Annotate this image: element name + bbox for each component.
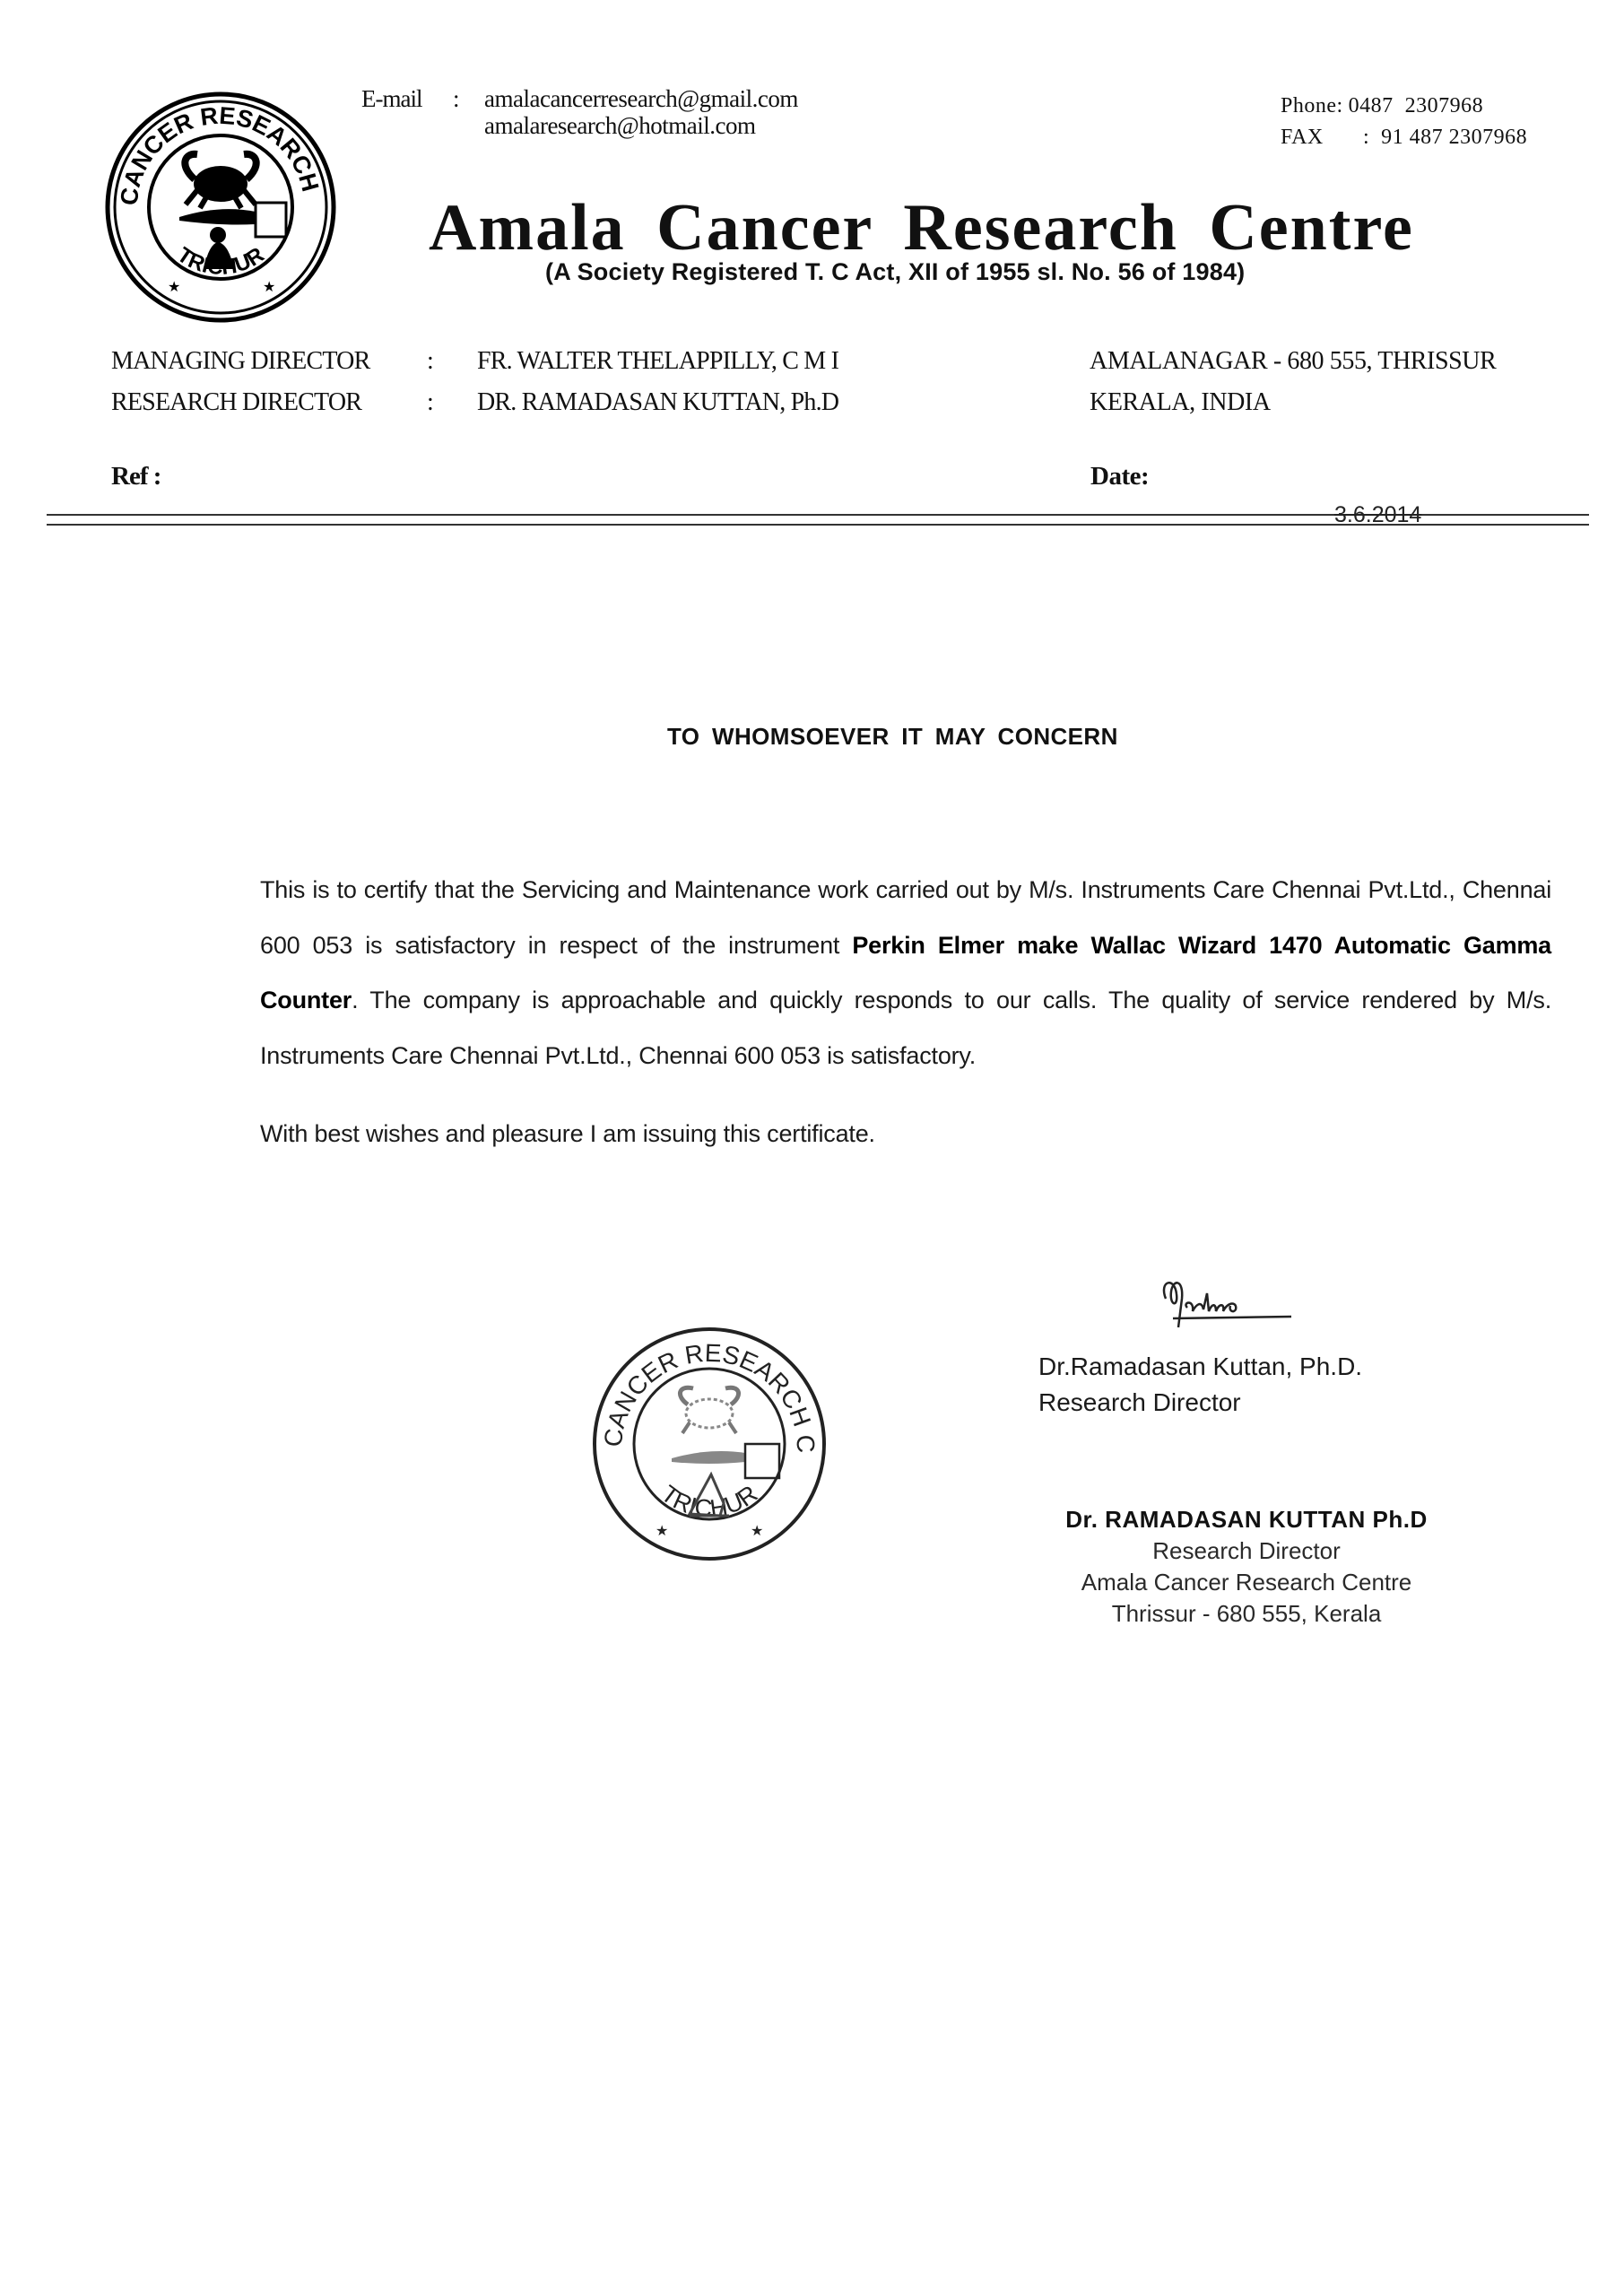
closing-line: With best wishes and pleasure I am issui… [260,1120,875,1148]
official-stamp-block: Dr. RAMADASAN KUTTAN Ph.D Research Direc… [1031,1504,1462,1630]
signatory-block: Dr.Ramadasan Kuttan, Ph.D. Research Dire… [1038,1349,1362,1421]
fax-number: : 91 487 2307968 [1363,126,1527,149]
date-label: Date: [1090,462,1149,491]
officer-role: RESEARCH DIRECTOR [111,382,427,423]
email-colon: : [453,85,460,113]
phone-number: 0487 2307968 [1349,94,1484,117]
letter-heading: TO WHOMSOEVER IT MAY CONCERN [667,723,1118,751]
email-address-secondary[interactable]: amalaresearch@hotmail.com [484,112,798,139]
signatory-name: Dr.Ramadasan Kuttan, Ph.D. [1038,1349,1362,1385]
contact-block: Phone:0487 2307968 FAX: 91 487 2307968 [1281,91,1527,153]
svg-text:★: ★ [168,280,180,295]
officer-role: MANAGING DIRECTOR [111,341,427,382]
email-label: E-mail [361,85,421,113]
organization-registration: (A Society Registered T. C Act, XII of 1… [545,258,1245,286]
address-line: KERALA, INDIA [1090,382,1496,423]
address-block: AMALANAGAR - 680 555, THRISSUR KERALA, I… [1090,341,1496,423]
signatory-title: Research Director [1038,1385,1362,1421]
officer-row: RESEARCH DIRECTOR:DR. RAMADASAN KUTTAN, … [111,382,838,423]
round-stamp-seal-icon: AMALA CANCER RESEARCH CENTRE TRICHUR ★ ★ [589,1324,829,1564]
svg-text:★: ★ [656,1524,668,1539]
officer-row: MANAGING DIRECTOR:FR. WALTER THELAPPILLY… [111,341,838,382]
certification-paragraph: This is to certify that the Servicing an… [260,863,1551,1083]
officer-name: FR. WALTER THELAPPILLY, C M I [477,347,838,375]
organization-name: Amala Cancer Research Centre [429,190,1414,266]
stamp-line: Thrissur - 680 555, Kerala [1031,1598,1462,1630]
fax-label: FAX [1281,122,1363,153]
phone-label: Phone: [1281,91,1343,122]
paragraph-text-end: . The company is approachable and quickl… [260,987,1551,1069]
email-address-primary[interactable]: amalacancerresearch@gmail.com [484,85,798,112]
address-line: AMALANAGAR - 680 555, THRISSUR [1090,341,1496,382]
officer-name: DR. RAMADASAN KUTTAN, Ph.D [477,388,838,416]
stamp-name: Dr. RAMADASAN KUTTAN Ph.D [1031,1504,1462,1535]
stamp-line: Amala Cancer Research Centre [1031,1567,1462,1598]
fax-row: FAX: 91 487 2307968 [1281,122,1527,153]
phone-row: Phone:0487 2307968 [1281,91,1527,122]
svg-text:★: ★ [263,280,275,295]
institution-seal-icon: AMALA CANCER RESEARCH CENTRE TRICHUR ★ ★ [103,90,338,325]
handwritten-signature-icon [1157,1272,1300,1335]
email-list: amalacancerresearch@gmail.com amalaresea… [484,85,798,139]
ref-label: Ref : [111,462,161,491]
svg-text:★: ★ [751,1524,763,1539]
date-value: 3.6.2014 [1334,502,1421,528]
officers-list: MANAGING DIRECTOR:FR. WALTER THELAPPILLY… [111,341,838,423]
stamp-line: Research Director [1031,1535,1462,1567]
officer-colon: : [427,382,477,423]
officer-colon: : [427,341,477,382]
